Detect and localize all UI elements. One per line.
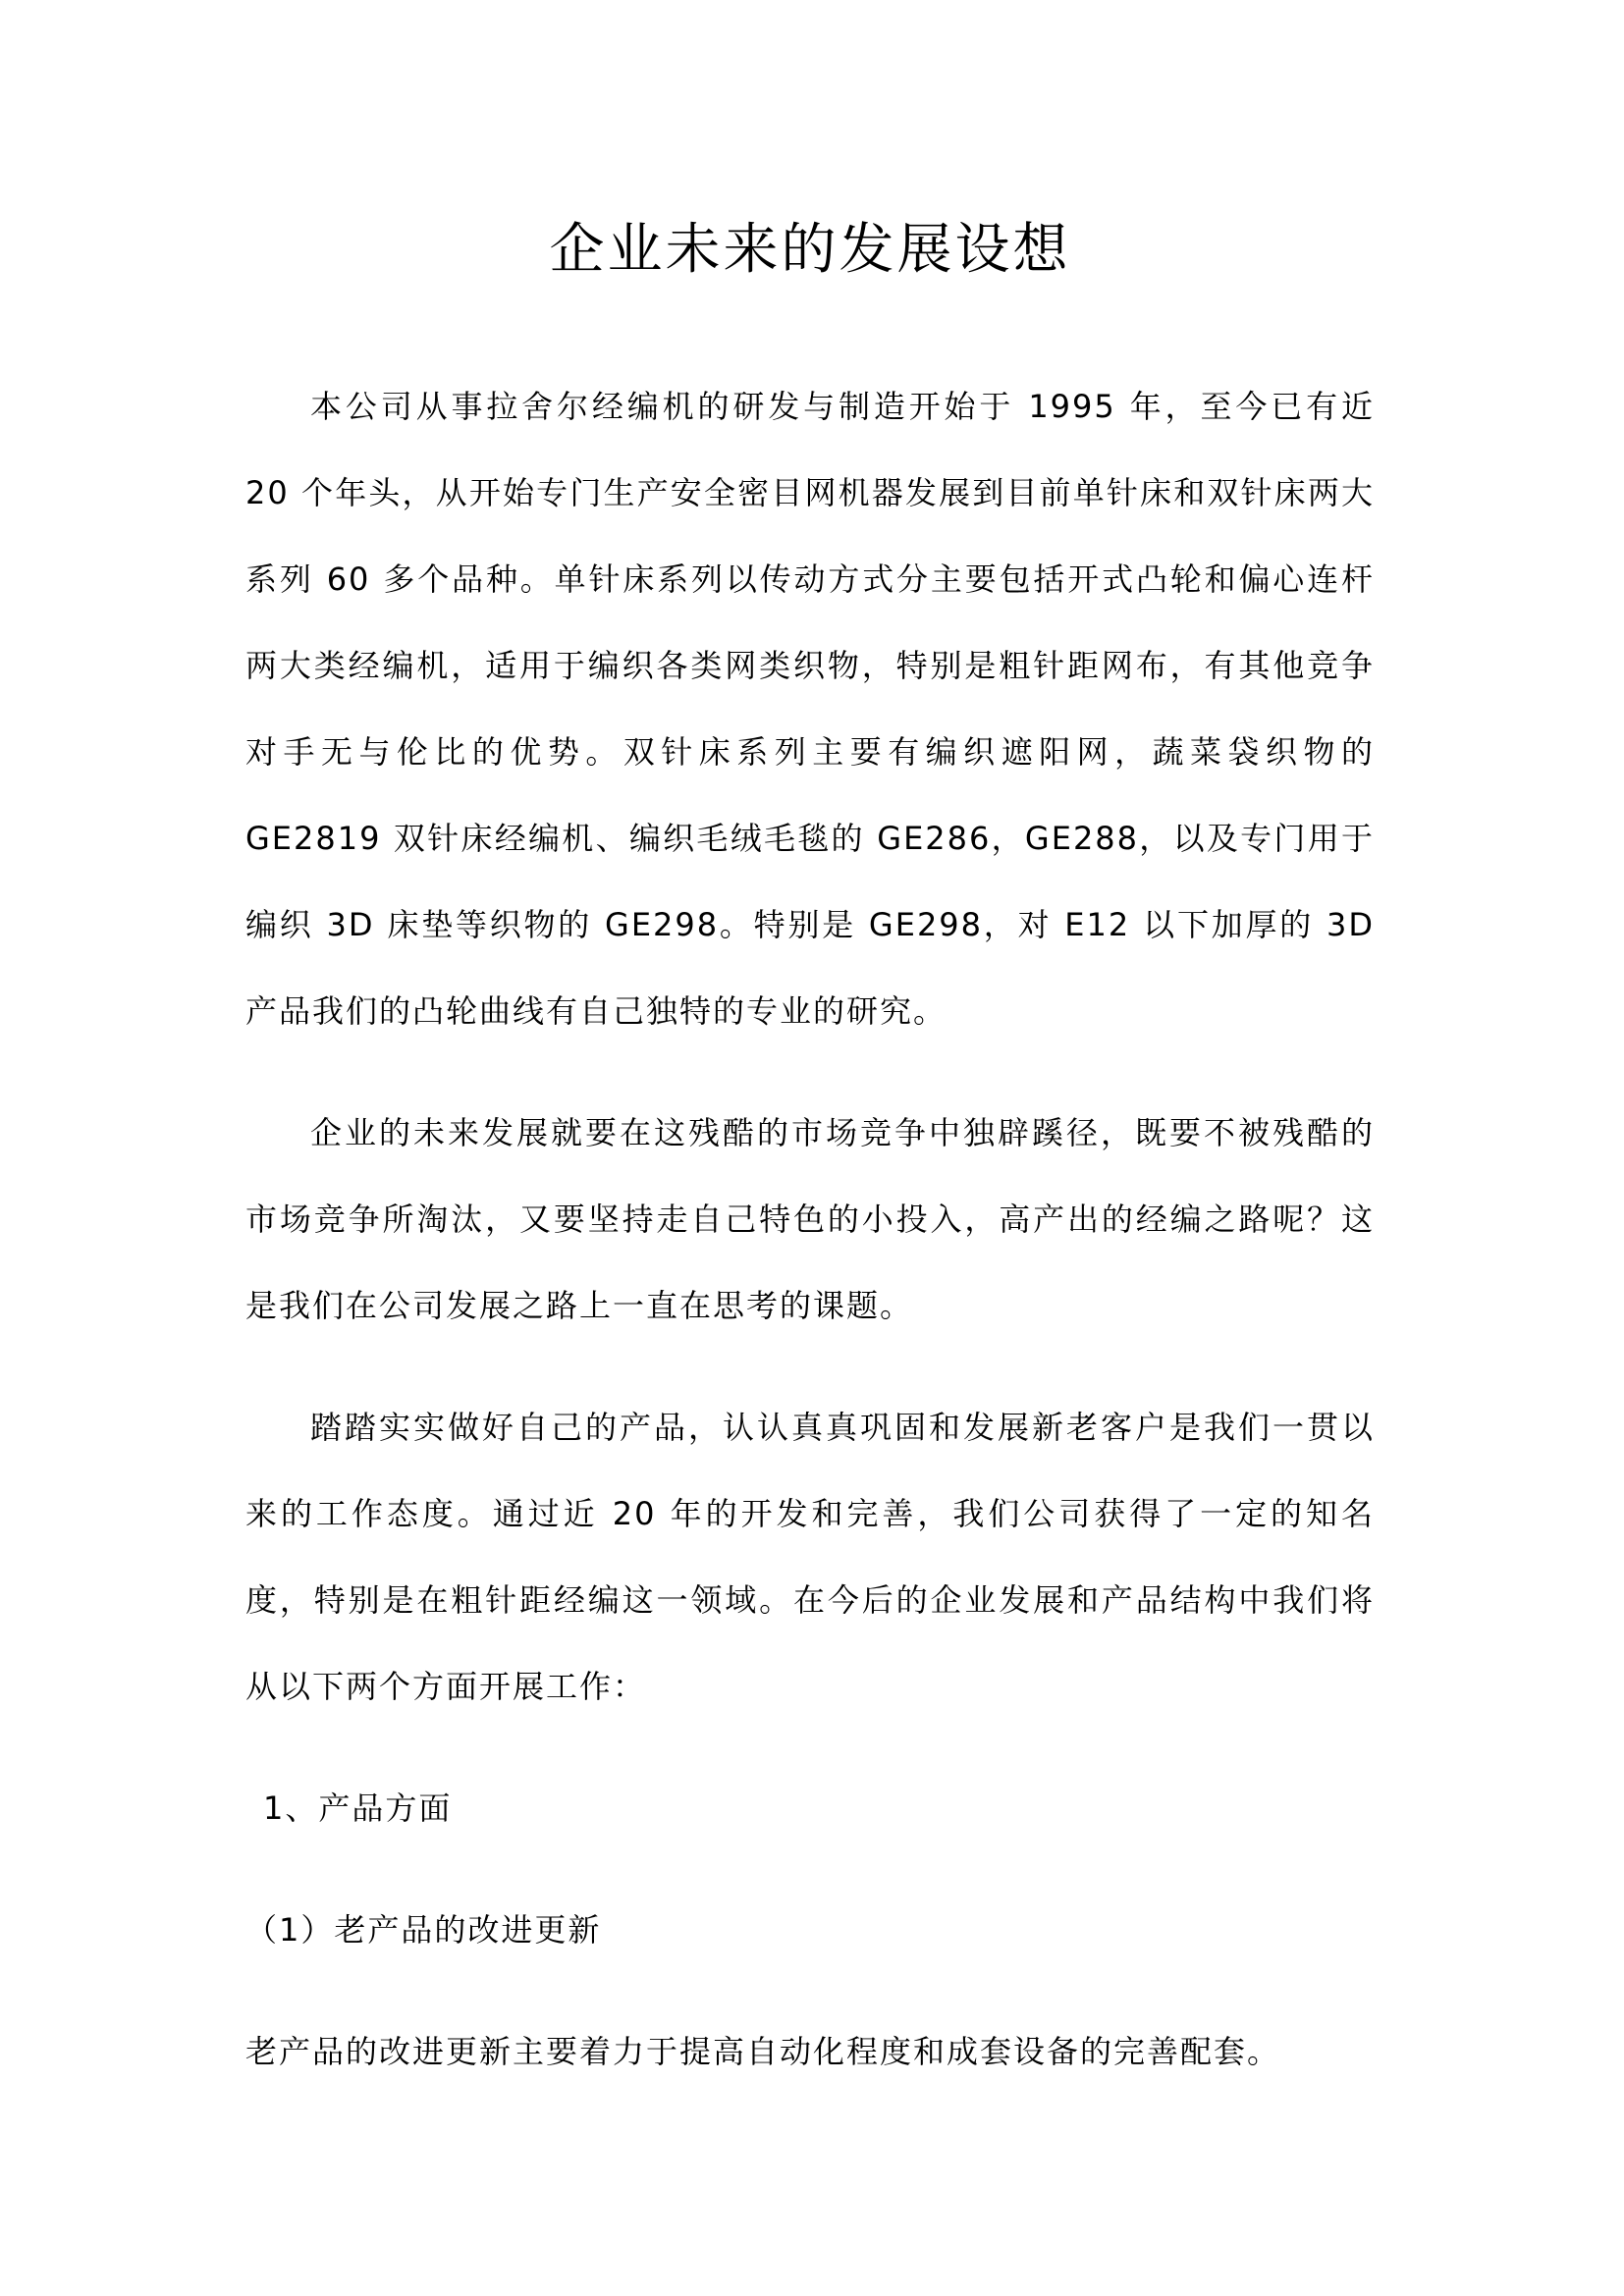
paragraph-work-attitude: 踏踏实实做好自己的产品，认认真真巩固和发展新老客户是我们一贯以来的工作态度。通过… (245, 1384, 1375, 1730)
list-item-old-product-upgrade: （1）老产品的改进更新 (245, 1887, 1375, 1973)
list-item-product-aspect: 1、产品方面 (245, 1765, 1375, 1851)
page-title: 企业未来的发展设想 (245, 211, 1375, 290)
paragraph-company-history: 本公司从事拉舍尔经编机的研发与制造开始于 1995 年，至今已有近 20 个年头… (245, 363, 1375, 1054)
document-content: 企业未来的发展设想 本公司从事拉舍尔经编机的研发与制造开始于 1995 年，至今… (245, 0, 1375, 2130)
paragraph-future-development: 企业的未来发展就要在这残酷的市场竞争中独辟蹊径，既要不被残酷的市场竞争所淘汰，又… (245, 1090, 1375, 1349)
paragraph-old-product-detail: 老产品的改进更新主要着力于提高自动化程度和成套设备的完善配套。 (245, 2008, 1375, 2095)
document-page: 企业未来的发展设想 本公司从事拉舍尔经编机的研发与制造开始于 1995 年，至今… (0, 0, 1624, 2296)
